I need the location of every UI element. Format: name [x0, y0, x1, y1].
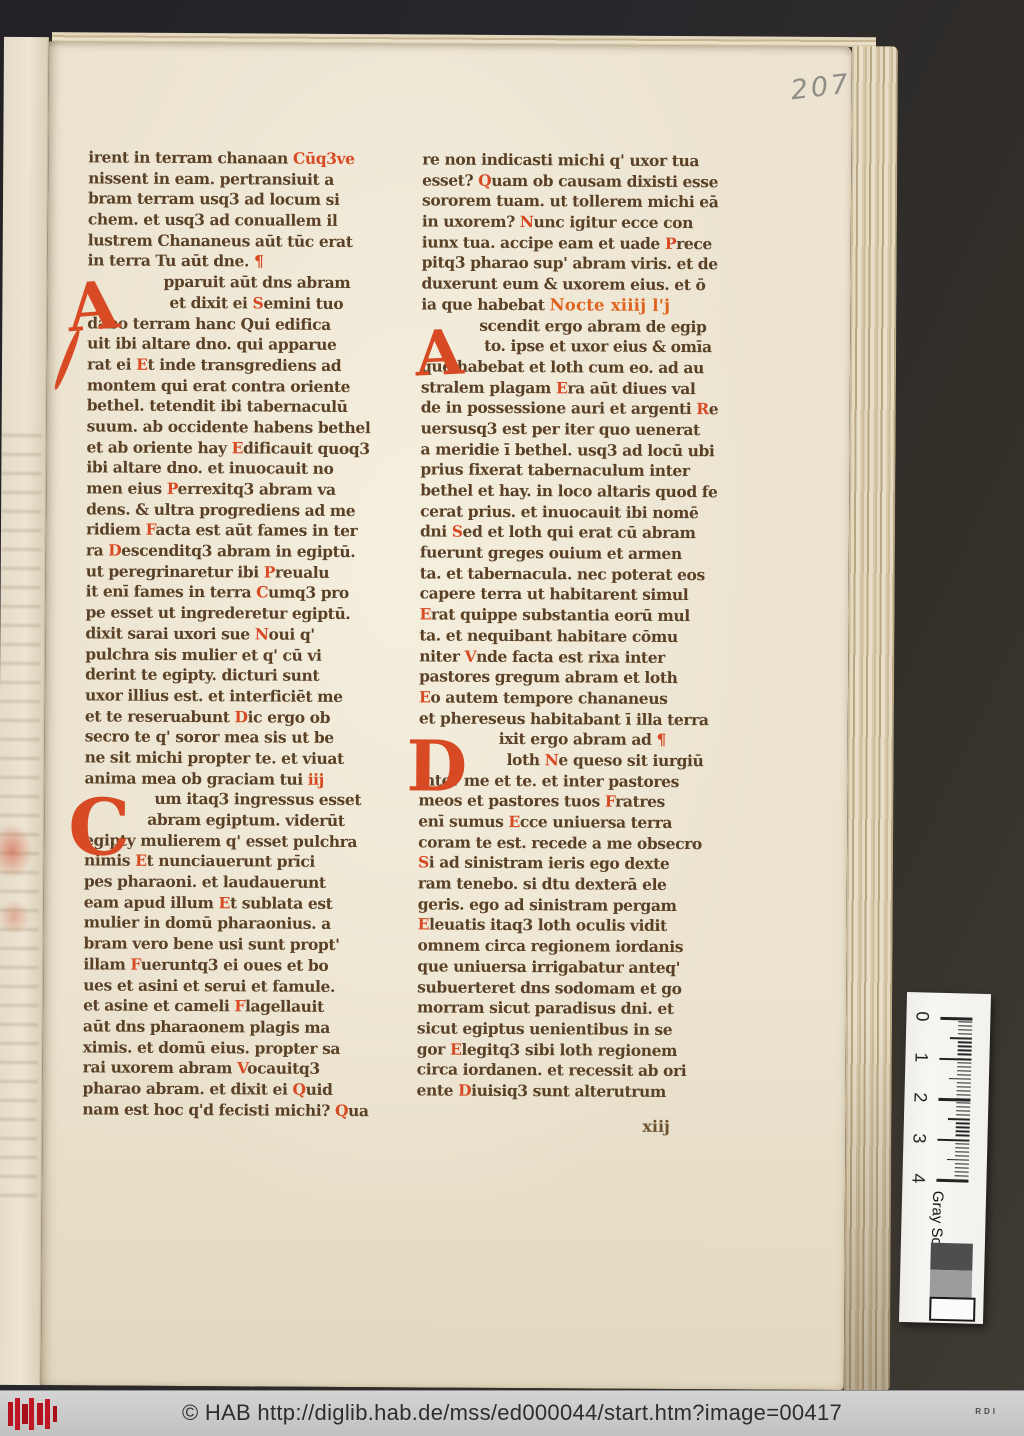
- manuscript-text-line: inter me et te. et inter pastores: [418, 770, 754, 793]
- manuscript-text-line: rat ei Et inde transgrediens ad: [87, 354, 413, 377]
- ruler-minor-tick: [955, 1163, 969, 1165]
- manuscript-text-line: irent in terram chanaan Cūq3ve: [88, 147, 414, 170]
- manuscript-text-line: secro te q' soror mea sis ut be: [85, 727, 411, 750]
- manuscript-text-line: uxor illius est. et interficiēt me: [85, 685, 411, 708]
- manuscript-text-line: eam apud illum Et sublata est: [84, 892, 410, 915]
- manuscript-text-line: geris. ego ad sinistram pergam: [418, 894, 754, 917]
- manuscript-text-line: ues et asini et serui et famule.: [83, 975, 409, 998]
- manuscript-book: 207 irent in terram chanaan Cūq3venissen…: [0, 0, 1024, 1393]
- manuscript-text-line: dni Sed et loth qui erat cū abram: [420, 522, 756, 545]
- manuscript-text-line: coram te est. recede a me obsecro: [418, 832, 754, 855]
- copyright-url: © HAB http://diglib.hab.de/mss/ed000044/…: [0, 1400, 1024, 1426]
- manuscript-text-line: et te reseruabunt Dic ergo ob: [85, 706, 411, 729]
- ruler-minor-tick: [956, 1123, 970, 1125]
- ruler-minor-tick: [947, 1159, 969, 1161]
- grayscale-ruler: Gray Scale 01234: [899, 992, 991, 1324]
- manuscript-text-line: anima mea ob graciam tui iij: [84, 768, 410, 791]
- book-fore-edge: [844, 46, 898, 1390]
- ruler-minor-tick: [958, 1033, 972, 1035]
- ruler-minor-tick: [957, 1094, 971, 1096]
- ghost-text-showthrough: [0, 427, 42, 1197]
- ruler-minor-tick: [958, 1021, 972, 1023]
- manuscript-text-line: Eleuatis itaq3 loth oculis vidit: [418, 915, 754, 938]
- manuscript-text-line: pe esset ut ingrederetur egiptū.: [85, 603, 411, 626]
- ruler-minor-tick: [958, 1029, 972, 1031]
- manuscript-text-line: dixit sarai uxori sue Noui q': [85, 623, 411, 646]
- manuscript-text-line: to. ipse et uxor eius & omīa: [421, 336, 757, 359]
- ruler-minor-tick: [956, 1102, 970, 1104]
- manuscript-text-line: stralem plagam Era aūt diues val: [421, 377, 757, 400]
- manuscript-text-line: bram vero bene usi sunt propt': [83, 934, 409, 957]
- manuscript-text-line: it enī fames in terra Cumq3 pro: [86, 582, 412, 605]
- manuscript-text-line: uit ibi altare dno. qui apparue: [87, 334, 413, 357]
- ruler-minor-tick: [955, 1175, 969, 1177]
- ruler-minor-tick: [958, 1042, 972, 1044]
- manuscript-text-line: pes pharaoni. et laudauerunt: [84, 871, 410, 894]
- manuscript-text-line: duxerunt eum & uxorem eius. et ō: [421, 274, 757, 297]
- ruler-minor-tick: [957, 1082, 971, 1084]
- manuscript-text-line: et phereseus habitabant ī illa terra: [419, 708, 755, 731]
- manuscript-text-line: in terra Tu aūt dne. ¶: [88, 251, 414, 274]
- manuscript-text-line: prius fixerat tabernaculum inter: [420, 460, 756, 483]
- ruler-minor-tick: [958, 1025, 972, 1027]
- manuscript-text-line: et ab oriente hay Edificauit quoq3: [86, 437, 412, 460]
- manuscript-text-line: pparuit aūt dns abram: [87, 272, 413, 295]
- manuscript-text-line: pharao abram. et dixit ei Quid: [83, 1078, 409, 1101]
- manuscript-text-line: ram tenebo. si dtu dexterā ele: [418, 873, 754, 896]
- manuscript-text-line: circa iordanen. et recessit ab ori: [417, 1060, 753, 1083]
- photo-background: 207 irent in terram chanaan Cūq3venissen…: [0, 0, 1024, 1390]
- manuscript-text-line: aūt dns pharaonem plagis ma: [83, 1016, 409, 1039]
- manuscript-text-line: scendit ergo abram de egip: [421, 315, 757, 338]
- manuscript-text-line: pastores gregum abram et loth: [419, 667, 755, 690]
- grayscale-patch-white: [929, 1297, 976, 1322]
- manuscript-text-line: ibi altare dno. et inuocauit no: [86, 458, 412, 481]
- manuscript-text-line: ridiem Facta est aūt fames in ter: [86, 520, 412, 543]
- manuscript-text-line: et dixit ei Semini tuo: [87, 292, 413, 315]
- manuscript-text-line: sororem tuam. ut tollerem michi eā: [422, 191, 758, 214]
- ruler-major-tick: [937, 1138, 969, 1141]
- manuscript-text-line: Si ad sinistram ieris ego dexte: [418, 853, 754, 876]
- ruler-major-tick: [936, 1179, 968, 1182]
- manuscript-text-line: mulier in domū pharaonius. a: [84, 913, 410, 936]
- manuscript-text-line: nam est hoc q'd fecisti michi? Qua: [82, 1099, 408, 1122]
- manuscript-text-line: abram egiptum. viderūt: [84, 809, 410, 832]
- manuscript-text-line: ta. et nequibant habitare cōmu: [419, 625, 755, 648]
- manuscript-text-line: derint te egipty. dicturi sunt: [85, 665, 411, 688]
- manuscript-text-line: bram terram usq3 ad locum si: [88, 189, 414, 212]
- illuminated-initial-c: C: [68, 789, 131, 867]
- footer-bar: © HAB http://diglib.hab.de/mss/ed000044/…: [0, 1390, 1024, 1436]
- ruler-minor-tick: [949, 1078, 971, 1080]
- manuscript-text-line: um itaq3 ingressus esset: [84, 789, 410, 812]
- ruler-minor-tick: [956, 1131, 970, 1133]
- ruler-minor-tick: [957, 1086, 971, 1088]
- manuscript-text-line: fuerunt greges ouium et armen: [420, 542, 756, 565]
- text-column-left: irent in terram chanaan Cūq3venissent in…: [82, 147, 414, 1121]
- manuscript-text-line: montem qui erat contra oriente: [87, 375, 413, 398]
- manuscript-text-line: de in possessione auri et argenti Re: [421, 398, 757, 421]
- ruler-major-tick: [940, 1017, 972, 1020]
- manuscript-text-line: morram sicut paradisus dni. et: [417, 998, 753, 1021]
- ruler-minor-tick: [957, 1062, 971, 1064]
- ruler-minor-tick: [957, 1090, 971, 1092]
- manuscript-text-line: pulchra sis mulier et q' cū vi: [85, 644, 411, 667]
- manuscript-text-line: ta. et tabernacula. nec poterat eos: [420, 563, 756, 586]
- manuscript-text-line: et asine et cameli Flagellauit: [83, 996, 409, 1019]
- text-column-right: re non indicasti michi q' uxor tuaesset?…: [417, 149, 759, 1103]
- manuscript-text-line: ia que habebat Nocte xiiij l'j: [421, 294, 757, 317]
- manuscript-text-line: omnem circa regionem iordanis: [417, 936, 753, 959]
- manuscript-text-line: men eius Perrexitq3 abram va: [86, 478, 412, 501]
- manuscript-text-line: dabo terram hanc Qui edifica: [87, 313, 413, 336]
- manuscript-text-line: a meridie ī bethel. usq3 ad locū ubi: [420, 439, 756, 462]
- manuscript-text-line: capere terra ut habitarent simul: [420, 584, 756, 607]
- manuscript-text-line: pitq3 pharao sup' abram viris. et de: [422, 253, 758, 276]
- grayscale-patch-dark: [930, 1243, 973, 1271]
- manuscript-text-line: ra Descenditq3 abram in egiptū.: [86, 540, 412, 563]
- manuscript-text-line: cerat prius. et inuocauit ibi nomē: [420, 501, 756, 524]
- ruler-minor-tick: [955, 1171, 969, 1173]
- manuscript-text-line: nimis Et nunciauerunt prīci: [84, 851, 410, 874]
- manuscript-text-line: que uniuersa irrigabatur anteq': [417, 956, 753, 979]
- manuscript-text-line: Eo autem tempore chananeus: [419, 687, 755, 710]
- manuscript-text-line: ixit ergo abram ad ¶: [419, 729, 755, 752]
- manuscript-text-line: ne sit michi propter te. et viuat: [85, 747, 411, 770]
- manuscript-text-line: ente Diuisiq3 sunt alterutrum: [417, 1080, 753, 1103]
- ruler-minor-tick: [958, 1050, 972, 1052]
- manuscript-text-line: in uxorem? Nunc igitur ecce con: [422, 212, 758, 235]
- manuscript-page: 207 irent in terram chanaan Cūq3venissen…: [41, 41, 852, 1390]
- manuscript-text-line: bethel et hay. in loco altaris quod fe: [420, 480, 756, 503]
- manuscript-text-line: chem. et usq3 ad conuallem il: [88, 209, 414, 232]
- manuscript-text-line: enī sumus Ecce uniuersa terra: [418, 811, 754, 834]
- ruler-minor-tick: [955, 1151, 969, 1153]
- ruler-minor-tick: [957, 1066, 971, 1068]
- ruler-number: 4: [906, 1167, 929, 1190]
- manuscript-text-line: sicut egiptus uenientibus in se: [417, 1018, 753, 1041]
- pencil-folio-number: 207: [789, 68, 853, 106]
- manuscript-text-line: suum. ab occidente habens bethel: [87, 416, 413, 439]
- ruler-number: 3: [907, 1127, 930, 1150]
- ruler-minor-tick: [956, 1110, 970, 1112]
- manuscript-text-line: re non indicasti michi q' uxor tua: [422, 149, 758, 172]
- manuscript-text-line: subuerteret dns sodomam et go: [417, 977, 753, 1000]
- ruler-minor-tick: [956, 1127, 970, 1129]
- manuscript-text-line: illam Fueruntq3 ei oues et bo: [83, 954, 409, 977]
- illuminated-initial-a2: A: [414, 321, 465, 385]
- manuscript-text-line: ut peregrinaretur ibi Preualu: [86, 561, 412, 584]
- manuscript-text-line: egipty mulierem q' esset pulchra: [84, 830, 410, 853]
- manuscript-text-line: dens. & ultra progrediens ad me: [86, 499, 412, 522]
- ruler-minor-tick: [957, 1074, 971, 1076]
- footer-code: RDI: [975, 1407, 998, 1416]
- manuscript-text-line: niter Vnde facta est rixa inter: [419, 646, 755, 669]
- ruler-minor-tick: [955, 1167, 969, 1169]
- grayscale-patch-mid: [930, 1270, 973, 1298]
- manuscript-text-line: Erat quippe substantia eorū mul: [419, 605, 755, 628]
- ruler-minor-tick: [958, 1046, 972, 1048]
- ruler-minor-tick: [957, 1070, 971, 1072]
- ruler-number: 2: [908, 1086, 931, 1109]
- manuscript-text-line: rai uxorem abram Vocauitq3: [83, 1058, 409, 1081]
- ruler-minor-tick: [956, 1135, 970, 1137]
- manuscript-text-line: ximis. et domū eius. propter sa: [83, 1037, 409, 1060]
- ruler-minor-tick: [958, 1054, 972, 1056]
- ruler-minor-tick: [956, 1106, 970, 1108]
- ruler-number: 0: [910, 1005, 933, 1028]
- ruler-minor-tick: [955, 1155, 969, 1157]
- ruler-minor-tick: [950, 1037, 972, 1039]
- manuscript-text-line: uersusq3 est per iter quo uenerat: [421, 418, 757, 441]
- manuscript-text-line: que habebat et loth cum eo. ad au: [421, 356, 757, 379]
- manuscript-text-line: loth Ne queso sit iurgiū: [419, 749, 755, 772]
- manuscript-text-line: nissent in eam. pertransiuit a: [88, 168, 414, 191]
- illuminated-initial-d: D: [406, 731, 467, 801]
- manuscript-text-line: esset? Quam ob causam dixisti esse: [422, 170, 758, 193]
- ruler-number: 1: [909, 1046, 932, 1069]
- ruler-minor-tick: [948, 1118, 970, 1120]
- manuscript-text-line: bethel. tetendit ibi tabernaculū: [87, 396, 413, 419]
- illuminated-initial-a: A: [65, 271, 121, 341]
- manuscript-text-line: lustrem Chananeus aūt tūc erat: [88, 230, 414, 253]
- ruler-minor-tick: [955, 1147, 969, 1149]
- ruler-minor-tick: [955, 1143, 969, 1145]
- manuscript-text-line: gor Elegitq3 sibi loth regionem: [417, 1039, 753, 1062]
- quire-signature: xiij: [642, 1117, 670, 1136]
- manuscript-text-line: iunx tua. accipe eam et uade Prece: [422, 232, 758, 255]
- manuscript-text-line: meos et pastores tuos Fratres: [418, 791, 754, 814]
- ruler-minor-tick: [956, 1114, 970, 1116]
